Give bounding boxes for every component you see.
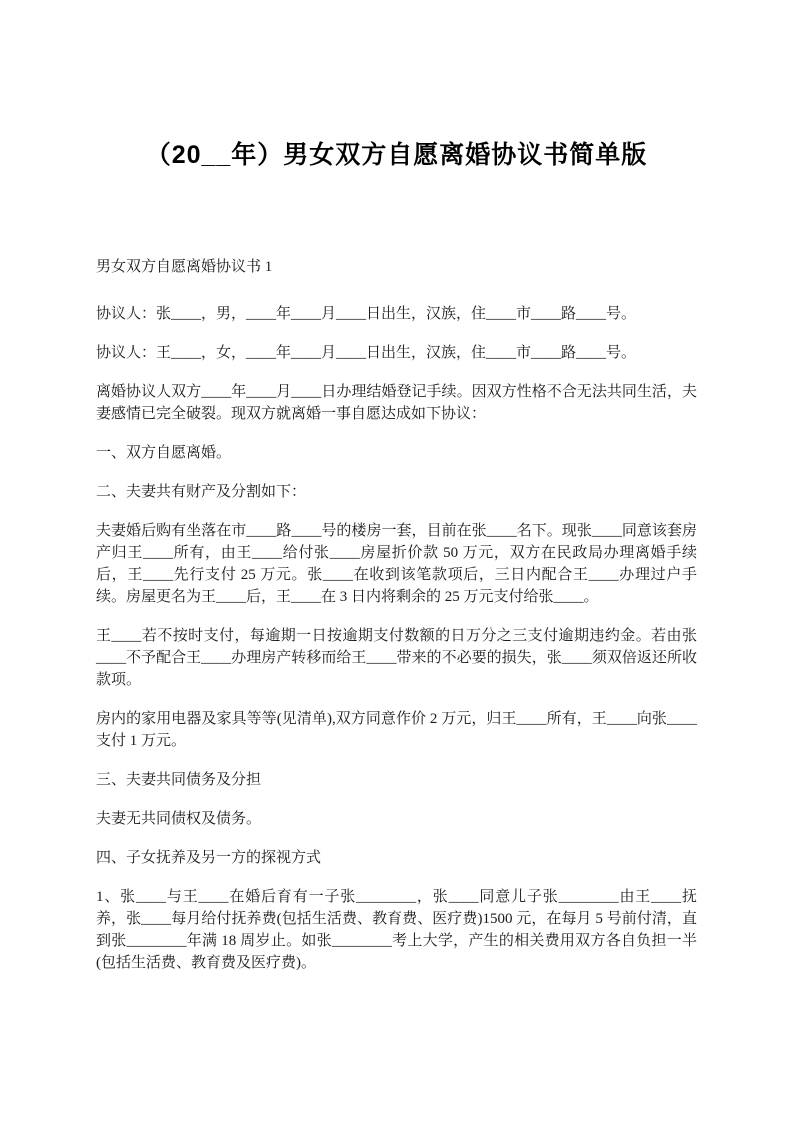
- house-division-terms: 夫妻婚后购有坐落在市____路____号的楼房一套，目前在张____名下。现张_…: [96, 520, 697, 608]
- debts-statement: 夫妻无共同债权及债务。: [96, 808, 697, 830]
- section-1-heading: 一、双方自愿离婚。: [96, 442, 697, 464]
- document-page: （20__年）男女双方自愿离婚协议书简单版 男女双方自愿离婚协议书 1 协议人：…: [0, 0, 793, 1122]
- late-payment-penalty-terms: 王____若不按时支付，每逾期一日按逾期支付数额的日万分之三支付逾期违约金。若由…: [96, 625, 697, 691]
- party-b-info: 协议人：王____，女，____年____月____日出生，汉族，住____市_…: [96, 342, 697, 364]
- appliances-terms: 房内的家用电器及家具等等(见清单),双方同意作价 2 万元，归王____所有，王…: [96, 708, 697, 752]
- document-subtitle: 男女双方自愿离婚协议书 1: [96, 256, 697, 278]
- party-a-info: 协议人：张____，男，____年____月____日出生，汉族，住____市_…: [96, 303, 697, 325]
- document-title: （20__年）男女双方自愿离婚协议书简单版: [96, 140, 697, 170]
- child-custody-terms: 1、张____与王____在婚后育有一子张________，张____同意儿子张…: [96, 886, 697, 974]
- document-body: 男女双方自愿离婚协议书 1 协议人：张____，男，____年____月____…: [96, 256, 697, 974]
- section-2-heading: 二、夫妻共有财产及分割如下：: [96, 481, 697, 503]
- preamble: 离婚协议人双方____年____月____日办理结婚登记手续。因双方性格不合无法…: [96, 381, 697, 425]
- section-4-heading: 四、子女抚养及另一方的探视方式: [96, 847, 697, 869]
- section-3-heading: 三、夫妻共同债务及分担: [96, 769, 697, 791]
